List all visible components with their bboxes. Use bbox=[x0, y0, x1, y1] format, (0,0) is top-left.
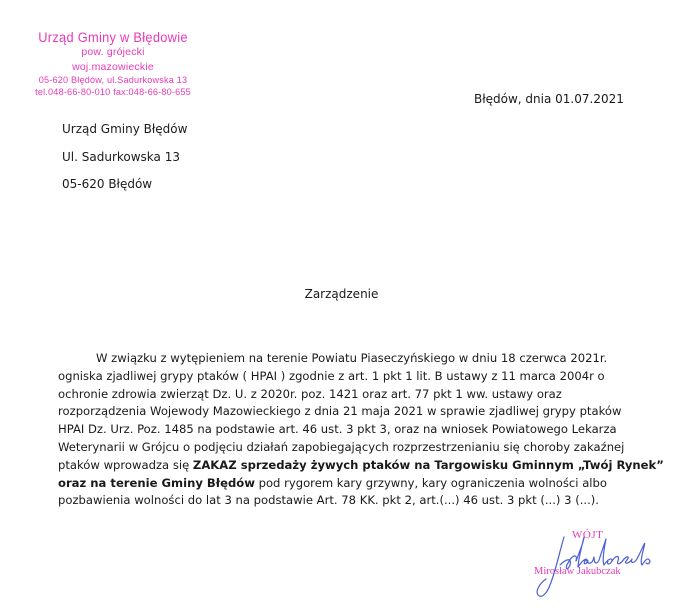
body-line: Weterynarii w Grójcu o podjęciu działań … bbox=[58, 439, 673, 457]
body-line: HPAI Dz. Urz. Poz. 1485 na podstawie art… bbox=[58, 421, 673, 439]
stamp-title: Urząd Gminy w Błędowie bbox=[32, 30, 194, 45]
signature-block: WÓJT Mirosław Jakubczak bbox=[520, 525, 670, 605]
body-line: W związku z wytępieniem na terenie Powia… bbox=[58, 350, 673, 368]
office-stamp: Urząd Gminy w Błędowie pow. grójecki woj… bbox=[28, 30, 198, 99]
handwritten-signature-icon bbox=[520, 525, 670, 605]
body-line: ptaków wprowadza się ZAKAZ sprzedaży żyw… bbox=[58, 457, 673, 475]
body-line: pozbawienia wolności do lat 3 na podstaw… bbox=[58, 492, 673, 510]
stamp-district: pow. grójecki bbox=[28, 45, 198, 60]
stamp-address: 05-620 Błędów, ul.Sadurkowska 13 bbox=[31, 75, 194, 87]
document-body: W związku z wytępieniem na terenie Powia… bbox=[58, 350, 673, 510]
document-title: Zarządzenie bbox=[0, 287, 673, 301]
ban-notice: ZAKAZ sprzedaży żywych ptaków na Targowi… bbox=[193, 458, 664, 472]
body-line: ochronie zdrowia zwierząt Dz. U. z 2020r… bbox=[58, 386, 673, 404]
recipient-name: Urząd Gminy Błędów bbox=[62, 122, 187, 136]
body-line: rozporządzenia Wojewody Mazowieckiego z … bbox=[58, 403, 673, 421]
body-line: oraz na terenie Gminy Błędów pod rygorem… bbox=[58, 475, 673, 493]
stamp-phone-fax: tel.048-66-80-010 fax:048-66-80-655 bbox=[31, 87, 194, 99]
document-date: Błędów, dnia 01.07.2021 bbox=[474, 92, 624, 106]
body-text: pod rygorem kary grzywny, kary ogranicze… bbox=[255, 476, 607, 490]
recipient-city: 05-620 Błędów bbox=[62, 177, 152, 191]
stamp-voivodeship: woj.mazowieckie bbox=[28, 60, 198, 75]
body-line: ogniska zjadliwej grypy ptaków ( HPAI ) … bbox=[58, 368, 673, 386]
ban-area: oraz na terenie Gminy Błędów bbox=[58, 476, 255, 490]
recipient-street: Ul. Sadurkowska 13 bbox=[62, 150, 180, 164]
body-text: ptaków wprowadza się bbox=[58, 458, 193, 472]
